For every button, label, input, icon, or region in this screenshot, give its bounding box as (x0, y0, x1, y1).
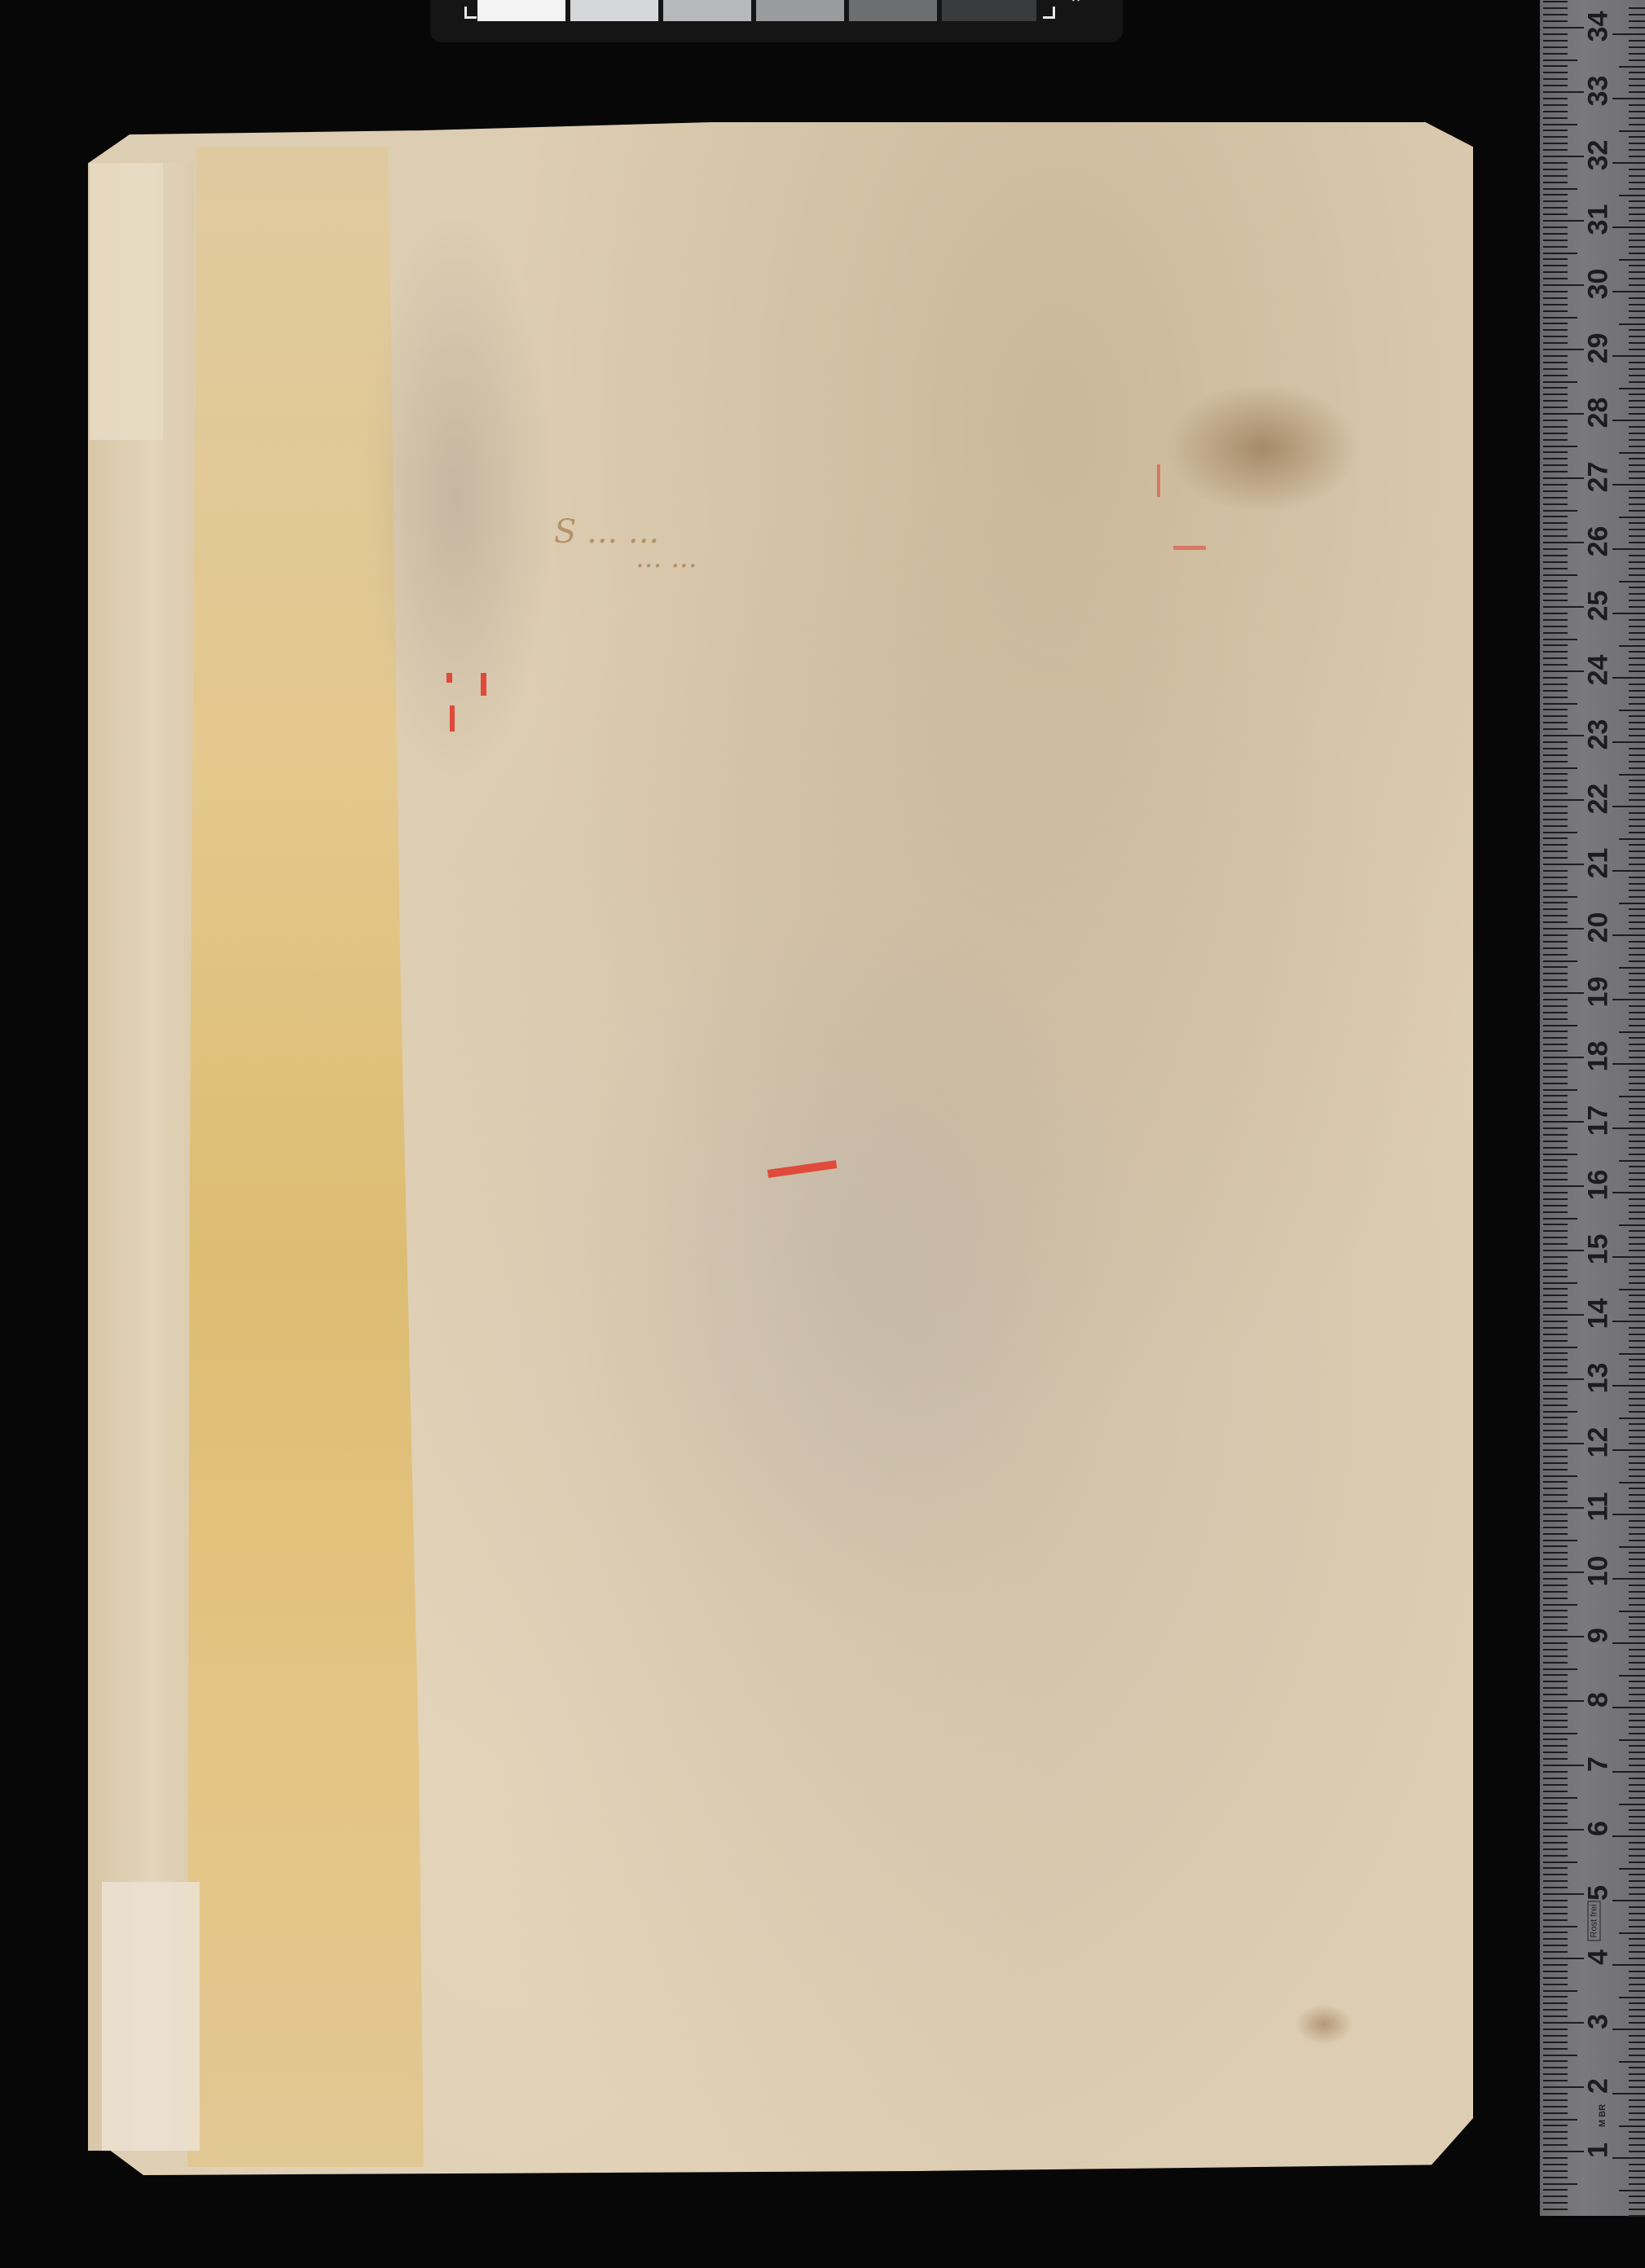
ruler-tick (1629, 1951, 1645, 1953)
ruler-tick (1543, 1352, 1568, 1354)
ruler-tick (1629, 715, 1645, 717)
ruler-tick (1543, 143, 1568, 144)
ruler-tick (1629, 2073, 1645, 2075)
ruler-tick (1629, 188, 1645, 190)
ruler-tick (1543, 1269, 1568, 1271)
ruler-tick (1543, 1893, 1584, 1895)
ruler-tick (1543, 426, 1568, 428)
ruler-tick (1543, 124, 1577, 125)
ruler-tick (1612, 1127, 1645, 1129)
ruler-tick (1543, 220, 1584, 222)
ruler-tick (1543, 780, 1568, 781)
ruler-tick (1543, 2195, 1568, 2197)
ruler-tick (1543, 59, 1577, 61)
spine-label-remnant-bottom (102, 1882, 200, 2151)
ruler-tick (1543, 1365, 1568, 1367)
ruler-tick (1629, 1294, 1645, 1296)
ruler-tick (1619, 259, 1645, 261)
crop-mark-left (464, 7, 477, 19)
ruler-tick (1619, 388, 1645, 389)
ruler-tick (1629, 703, 1645, 705)
ruler-tick (1612, 1385, 1645, 1387)
ruler-tick (1629, 2022, 1645, 2024)
ruler-tick (1629, 1411, 1645, 1413)
ruler-maker-mark: Rost frei (1587, 1901, 1600, 1941)
ruler-tick (1543, 1604, 1577, 1606)
ruler-tick (1629, 143, 1645, 144)
ruler-tick (1629, 1816, 1645, 1817)
ruler-tick (1543, 670, 1584, 672)
ruler-tick (1543, 1423, 1568, 1425)
ruler-tick (1543, 1179, 1568, 1180)
ruler-tick (1629, 1668, 1645, 1670)
ruler-tick (1612, 291, 1645, 292)
ruler-tick (1629, 278, 1645, 279)
ruler-tick (1543, 864, 1584, 865)
ruler-tick (1629, 124, 1645, 125)
ruler-tick (1629, 1301, 1645, 1303)
ruler-tick (1543, 2157, 1568, 2159)
ruler-tick (1619, 1611, 1645, 1612)
ruler-tick (1629, 761, 1645, 763)
ruler-tick (1629, 1501, 1645, 1502)
ruler-tick (1543, 317, 1577, 319)
ruler-tick (1629, 1623, 1645, 1624)
ruler-tick (1629, 683, 1645, 685)
ruler-tick (1629, 1887, 1645, 1888)
ruler-tick (1543, 1166, 1568, 1167)
ruler-tick (1543, 587, 1568, 588)
ruler-tick (1543, 870, 1568, 872)
ruler-tick (1543, 1449, 1568, 1451)
ruler-tick (1543, 1700, 1584, 1702)
ruler-tick (1629, 522, 1645, 524)
ruler-tick (1629, 754, 1645, 756)
ruler-tick (1612, 1192, 1645, 1193)
ruler-tick (1543, 2177, 1568, 2178)
ruler-tick (1629, 1906, 1645, 1908)
ruler-tick (1543, 548, 1568, 550)
ruler-tick (1629, 1842, 1645, 1844)
ruler-tick (1543, 1005, 1568, 1007)
ruler-tick (1629, 7, 1645, 9)
ruler-tick (1543, 896, 1577, 898)
ruler-tick (1543, 246, 1568, 248)
ruler-tick (1612, 677, 1645, 679)
ruler-tick (1543, 1951, 1568, 1953)
ruler-tick (1629, 1604, 1645, 1606)
ruler-tick (1629, 2086, 1645, 2088)
ruler-tick (1629, 1488, 1645, 1489)
ruler-tick (1543, 1301, 1568, 1303)
ruler-tick (1543, 2170, 1568, 2172)
ruler-tick (1629, 1372, 1645, 1374)
ruler-tick (1543, 542, 1584, 543)
ruler-tick (1543, 754, 1568, 756)
ruler-tick (1629, 1154, 1645, 1155)
ruler-tick (1619, 2061, 1645, 2063)
ruler-tick (1543, 1668, 1577, 1670)
ruler-tick (1543, 825, 1568, 827)
ruler-tick (1543, 213, 1568, 215)
ruler-tick (1543, 355, 1568, 357)
ruler-tick (1543, 451, 1568, 453)
ruler-tick (1619, 1739, 1645, 1741)
ruler-number: 13 (1583, 1354, 1615, 1403)
ruler-tick (1543, 471, 1568, 472)
ruler-tick (1629, 1469, 1645, 1470)
ruler-tick (1612, 1578, 1645, 1580)
ruler-tick (1629, 877, 1645, 878)
ruler-tick (1629, 1733, 1645, 1734)
ruler-tick (1543, 1134, 1568, 1136)
ruler-tick (1543, 1076, 1568, 1078)
ruler-tick (1543, 1720, 1568, 1721)
ruler-tick (1543, 1469, 1568, 1470)
ruler-tick (1629, 1276, 1645, 1277)
ruler-tick (1543, 1282, 1577, 1284)
ruler-tick (1629, 600, 1645, 601)
ruler-tick (1543, 1154, 1577, 1155)
ruler-tick (1629, 72, 1645, 73)
ruler-tick (1543, 1623, 1568, 1624)
ruler-number: 28 (1583, 389, 1615, 437)
ruler-tick (1543, 284, 1584, 286)
ruler-tick (1629, 91, 1645, 93)
ruler-tick (1629, 1057, 1645, 1058)
ruler-tick (1612, 548, 1645, 550)
ruler-tick (1543, 1552, 1568, 1554)
ruler-tick (1543, 1462, 1568, 1464)
ruler-tick (1543, 1649, 1568, 1650)
ruler-tick (1629, 1250, 1645, 1251)
ruler-number: 19 (1583, 968, 1615, 1017)
ruler-number: 33 (1583, 67, 1615, 116)
ruler-tick (1629, 1456, 1645, 1457)
ruler-tick (1543, 1996, 1568, 1998)
ruler-tick (1629, 1141, 1645, 1142)
ruler-tick (1629, 1565, 1645, 1567)
ruler-tick (1612, 1964, 1645, 1966)
ruler-tick (1629, 1926, 1645, 1927)
ruler-tick (1543, 793, 1568, 794)
ruler-tick (1543, 413, 1584, 415)
ruler-tick (1543, 1211, 1568, 1213)
ruler-tick (1619, 1289, 1645, 1290)
ruler-tick (1629, 317, 1645, 319)
ruler-tick (1543, 1558, 1568, 1560)
ruler-tick (1543, 375, 1568, 376)
ruler-tick (1629, 542, 1645, 543)
ruler-tick (1629, 2067, 1645, 2068)
ruler-tick (1619, 1997, 1645, 1998)
ruler-tick (1543, 1083, 1568, 1084)
ruler-tick (1543, 1456, 1568, 1457)
ruler-tick (1629, 1263, 1645, 1264)
ruler-tick (1543, 1070, 1568, 1071)
ruler-tick (1543, 606, 1584, 608)
ruler-tick (1629, 471, 1645, 472)
ruler-tick (1629, 619, 1645, 621)
ruler-tick (1543, 464, 1568, 466)
ruler-tick (1629, 1025, 1645, 1026)
ruler-tick (1543, 890, 1568, 891)
ruler-number: 1 (1583, 2126, 1615, 2175)
ruler-tick (1543, 336, 1568, 337)
ruler-tick (1543, 1809, 1568, 1811)
ruler-tick (1629, 1591, 1645, 1593)
ruler-tick (1543, 297, 1568, 299)
ruler-tick (1619, 1868, 1645, 1870)
ruler-tick (1629, 149, 1645, 151)
ruler-tick (1543, 677, 1568, 679)
ruler-tick (1543, 393, 1568, 395)
ruler-tick (1543, 644, 1568, 646)
ruler-tick (1543, 1791, 1568, 1792)
ruler-tick (1629, 2015, 1645, 2017)
ruler-tick (1629, 896, 1645, 898)
ruler-tick (1612, 2028, 1645, 2030)
ruler-number: 8 (1583, 1676, 1615, 1725)
ruler-tick (1543, 748, 1568, 749)
ruler-tick (1629, 439, 1645, 441)
ruler-tick (1629, 490, 1645, 492)
ruler-tick (1629, 555, 1645, 556)
ruler-tick (1629, 1507, 1645, 1509)
ruler-tick (1543, 1205, 1568, 1207)
ruler-tick (1543, 1012, 1568, 1013)
ruler-tick (1629, 1861, 1645, 1863)
ruler-number: 24 (1583, 646, 1615, 695)
ruler-tick (1543, 65, 1568, 67)
ruler-tick (1543, 1288, 1568, 1290)
ruler-tick (1619, 581, 1645, 582)
ruler-tick (1612, 355, 1645, 357)
ruler-tick (1612, 999, 1645, 1000)
ruler-tick (1612, 2157, 1645, 2159)
ruler-tick (1629, 954, 1645, 956)
ruler-tick (1629, 2164, 1645, 2165)
ruler-tick (1629, 1423, 1645, 1425)
ruler-tick (1612, 484, 1645, 486)
ruler-tick (1543, 278, 1568, 279)
ruler-tick (1629, 1700, 1645, 1702)
ruler-tick (1629, 587, 1645, 588)
ruler-tick (1629, 1958, 1645, 1959)
ruler-tick (1629, 535, 1645, 537)
ruler-tick (1629, 890, 1645, 891)
ruler-tick (1629, 213, 1645, 215)
ruler-tick (1543, 1887, 1568, 1888)
ruler-tick (1612, 1514, 1645, 1515)
ruler-tick (1543, 1494, 1568, 1496)
ruler-tick (1629, 850, 1645, 852)
ruler-tick (1543, 1121, 1584, 1123)
ruler-tick (1543, 20, 1568, 22)
ruler-tick (1629, 1037, 1645, 1039)
ruler-tick (1629, 2048, 1645, 2050)
ruler-tick (1543, 728, 1568, 730)
ruler-tick (1543, 188, 1577, 190)
ruler-tick (1543, 253, 1577, 254)
ruler-tick (1543, 446, 1577, 447)
ruler-number: 10 (1583, 1547, 1615, 1596)
ruler-tick (1619, 2190, 1645, 2191)
ruler-tick (1629, 561, 1645, 563)
ruler-tick (1619, 1932, 1645, 1934)
ruler-tick (1629, 1791, 1645, 1792)
ruler-number: 3 (1583, 1998, 1615, 2046)
ruler-tick (1543, 1398, 1568, 1400)
ruler-tick (1629, 1540, 1645, 1541)
ruler-tick (1543, 1797, 1577, 1799)
ruler-tick (1629, 27, 1645, 29)
ruler-tick (1543, 2202, 1568, 2204)
ruler-tick (1619, 66, 1645, 68)
ruler-tick (1543, 1443, 1584, 1444)
ruler-tick (1629, 1172, 1645, 1174)
ruler-tick (1543, 1159, 1568, 1161)
ruler-tick (1543, 169, 1568, 170)
ruler-tick (1629, 626, 1645, 627)
ruler-tick (1629, 78, 1645, 80)
ruler-tick (1629, 381, 1645, 383)
ruler-tick (1543, 1127, 1568, 1129)
ruler-tick (1629, 574, 1645, 576)
ruler-tick (1543, 1822, 1568, 1824)
ruler-tick (1629, 368, 1645, 370)
ruler-tick (1629, 1893, 1645, 1895)
ruler-tick (1629, 2042, 1645, 2043)
ruler-tick (1543, 1327, 1568, 1329)
ruler-tick (1629, 1655, 1645, 1657)
ruler-tick (1543, 2002, 1568, 2004)
ruler-tick (1543, 98, 1568, 99)
ruler-tick (1629, 1636, 1645, 1637)
ruler-tick (1543, 1095, 1568, 1097)
ruler-tick (1629, 375, 1645, 376)
ruler-tick (1629, 1179, 1645, 1180)
ruler-tick (1629, 1230, 1645, 1232)
book-spine-edge (88, 163, 194, 2151)
ruler-tick (1629, 1919, 1645, 1921)
ruler-tick (1543, 1031, 1568, 1032)
ruler-tick (1629, 2112, 1645, 2114)
ruler-tick (1629, 2106, 1645, 2108)
ruler-tick (1629, 722, 1645, 723)
ruler-tick (1629, 1629, 1645, 1631)
ruler-tick (1543, 580, 1568, 582)
ruler-tick (1543, 240, 1568, 241)
ruler-tick (1543, 2048, 1568, 2050)
ruler-tick (1543, 258, 1568, 260)
ruler-tick (1629, 20, 1645, 22)
ruler-tick (1629, 497, 1645, 499)
ruler-tick (1629, 1083, 1645, 1084)
ruler-tick (1543, 1114, 1568, 1116)
ruler-tick (1543, 78, 1568, 80)
ruler-tick (1543, 1874, 1568, 1875)
ruler-tick (1543, 1687, 1568, 1689)
ruler-tick (1629, 2202, 1645, 2204)
ruler-tick (1629, 2009, 1645, 2011)
ruler-tick (1629, 200, 1645, 202)
ruler-tick (1629, 1552, 1645, 1554)
ruler-tick (1612, 1900, 1645, 1901)
ruler-tick (1543, 46, 1568, 48)
ruler-tick (1543, 1545, 1568, 1547)
red-ink-mark (450, 705, 455, 732)
ruler-tick (1543, 844, 1568, 846)
ruler-tick (1543, 741, 1568, 743)
ruler-tick (1619, 195, 1645, 196)
ruler-tick (1629, 426, 1645, 428)
ruler-tick (1629, 1340, 1645, 1342)
ruler-tick (1543, 1758, 1568, 1760)
ruler-tick (1629, 1938, 1645, 1940)
ruler-tick (1543, 1861, 1577, 1863)
ruler-tick (1543, 773, 1568, 775)
ruler-tick (1543, 2035, 1568, 2037)
brown-spot (1295, 2004, 1353, 2045)
ruler-number: 12 (1583, 1418, 1615, 1467)
ruler-tick (1629, 767, 1645, 769)
ruler-tick (1543, 1520, 1568, 1522)
water-stain (358, 212, 554, 782)
ruler-tick (1543, 709, 1568, 710)
ruler-tick (1629, 1475, 1645, 1477)
ruler-tick (1629, 464, 1645, 466)
ruler-tick (1629, 2195, 1645, 2197)
ruler-tick (1629, 477, 1645, 479)
ruler-tick (1629, 1990, 1645, 1992)
ruler-tick (1629, 362, 1645, 363)
ruler-number: 7 (1583, 1740, 1615, 1789)
ruler-tick (1543, 1063, 1568, 1065)
ruler-tick (1543, 329, 1568, 331)
ruler-tick (1543, 182, 1568, 183)
ruler-tick (1629, 1571, 1645, 1573)
ruler-tick (1629, 1984, 1645, 1985)
ruler-tick (1543, 1533, 1568, 1535)
ruler-tick (1543, 1855, 1568, 1857)
ruler-tick (1629, 2131, 1645, 2133)
ruler-tick (1543, 979, 1568, 981)
ruler-tick (1612, 1321, 1645, 1322)
ruler-tick (1629, 329, 1645, 331)
ruler-tick (1629, 1108, 1645, 1110)
ruler-tick (1629, 1809, 1645, 1811)
ruler-tick (1629, 1121, 1645, 1123)
ruler-number: 30 (1583, 260, 1615, 309)
ruler-tick (1619, 1675, 1645, 1677)
ruler-tick (1543, 1378, 1584, 1380)
ruler-tick (1629, 1365, 1645, 1367)
ruler-tick (1543, 806, 1568, 807)
ruler-tick (1629, 1018, 1645, 1020)
ruler-tick (1543, 1984, 1568, 1985)
ruler-tick (1629, 1649, 1645, 1650)
ruler-tick (1629, 1778, 1645, 1779)
ruler-tick (1629, 413, 1645, 415)
ruler-tick (1629, 1237, 1645, 1238)
ruler-tick (1629, 46, 1645, 48)
ruler-tick (1543, 1926, 1577, 1927)
ruler-tick (1543, 722, 1568, 723)
ruler-tick (1543, 156, 1584, 157)
ruler-tick (1543, 555, 1568, 556)
ruler-tick (1543, 162, 1568, 164)
